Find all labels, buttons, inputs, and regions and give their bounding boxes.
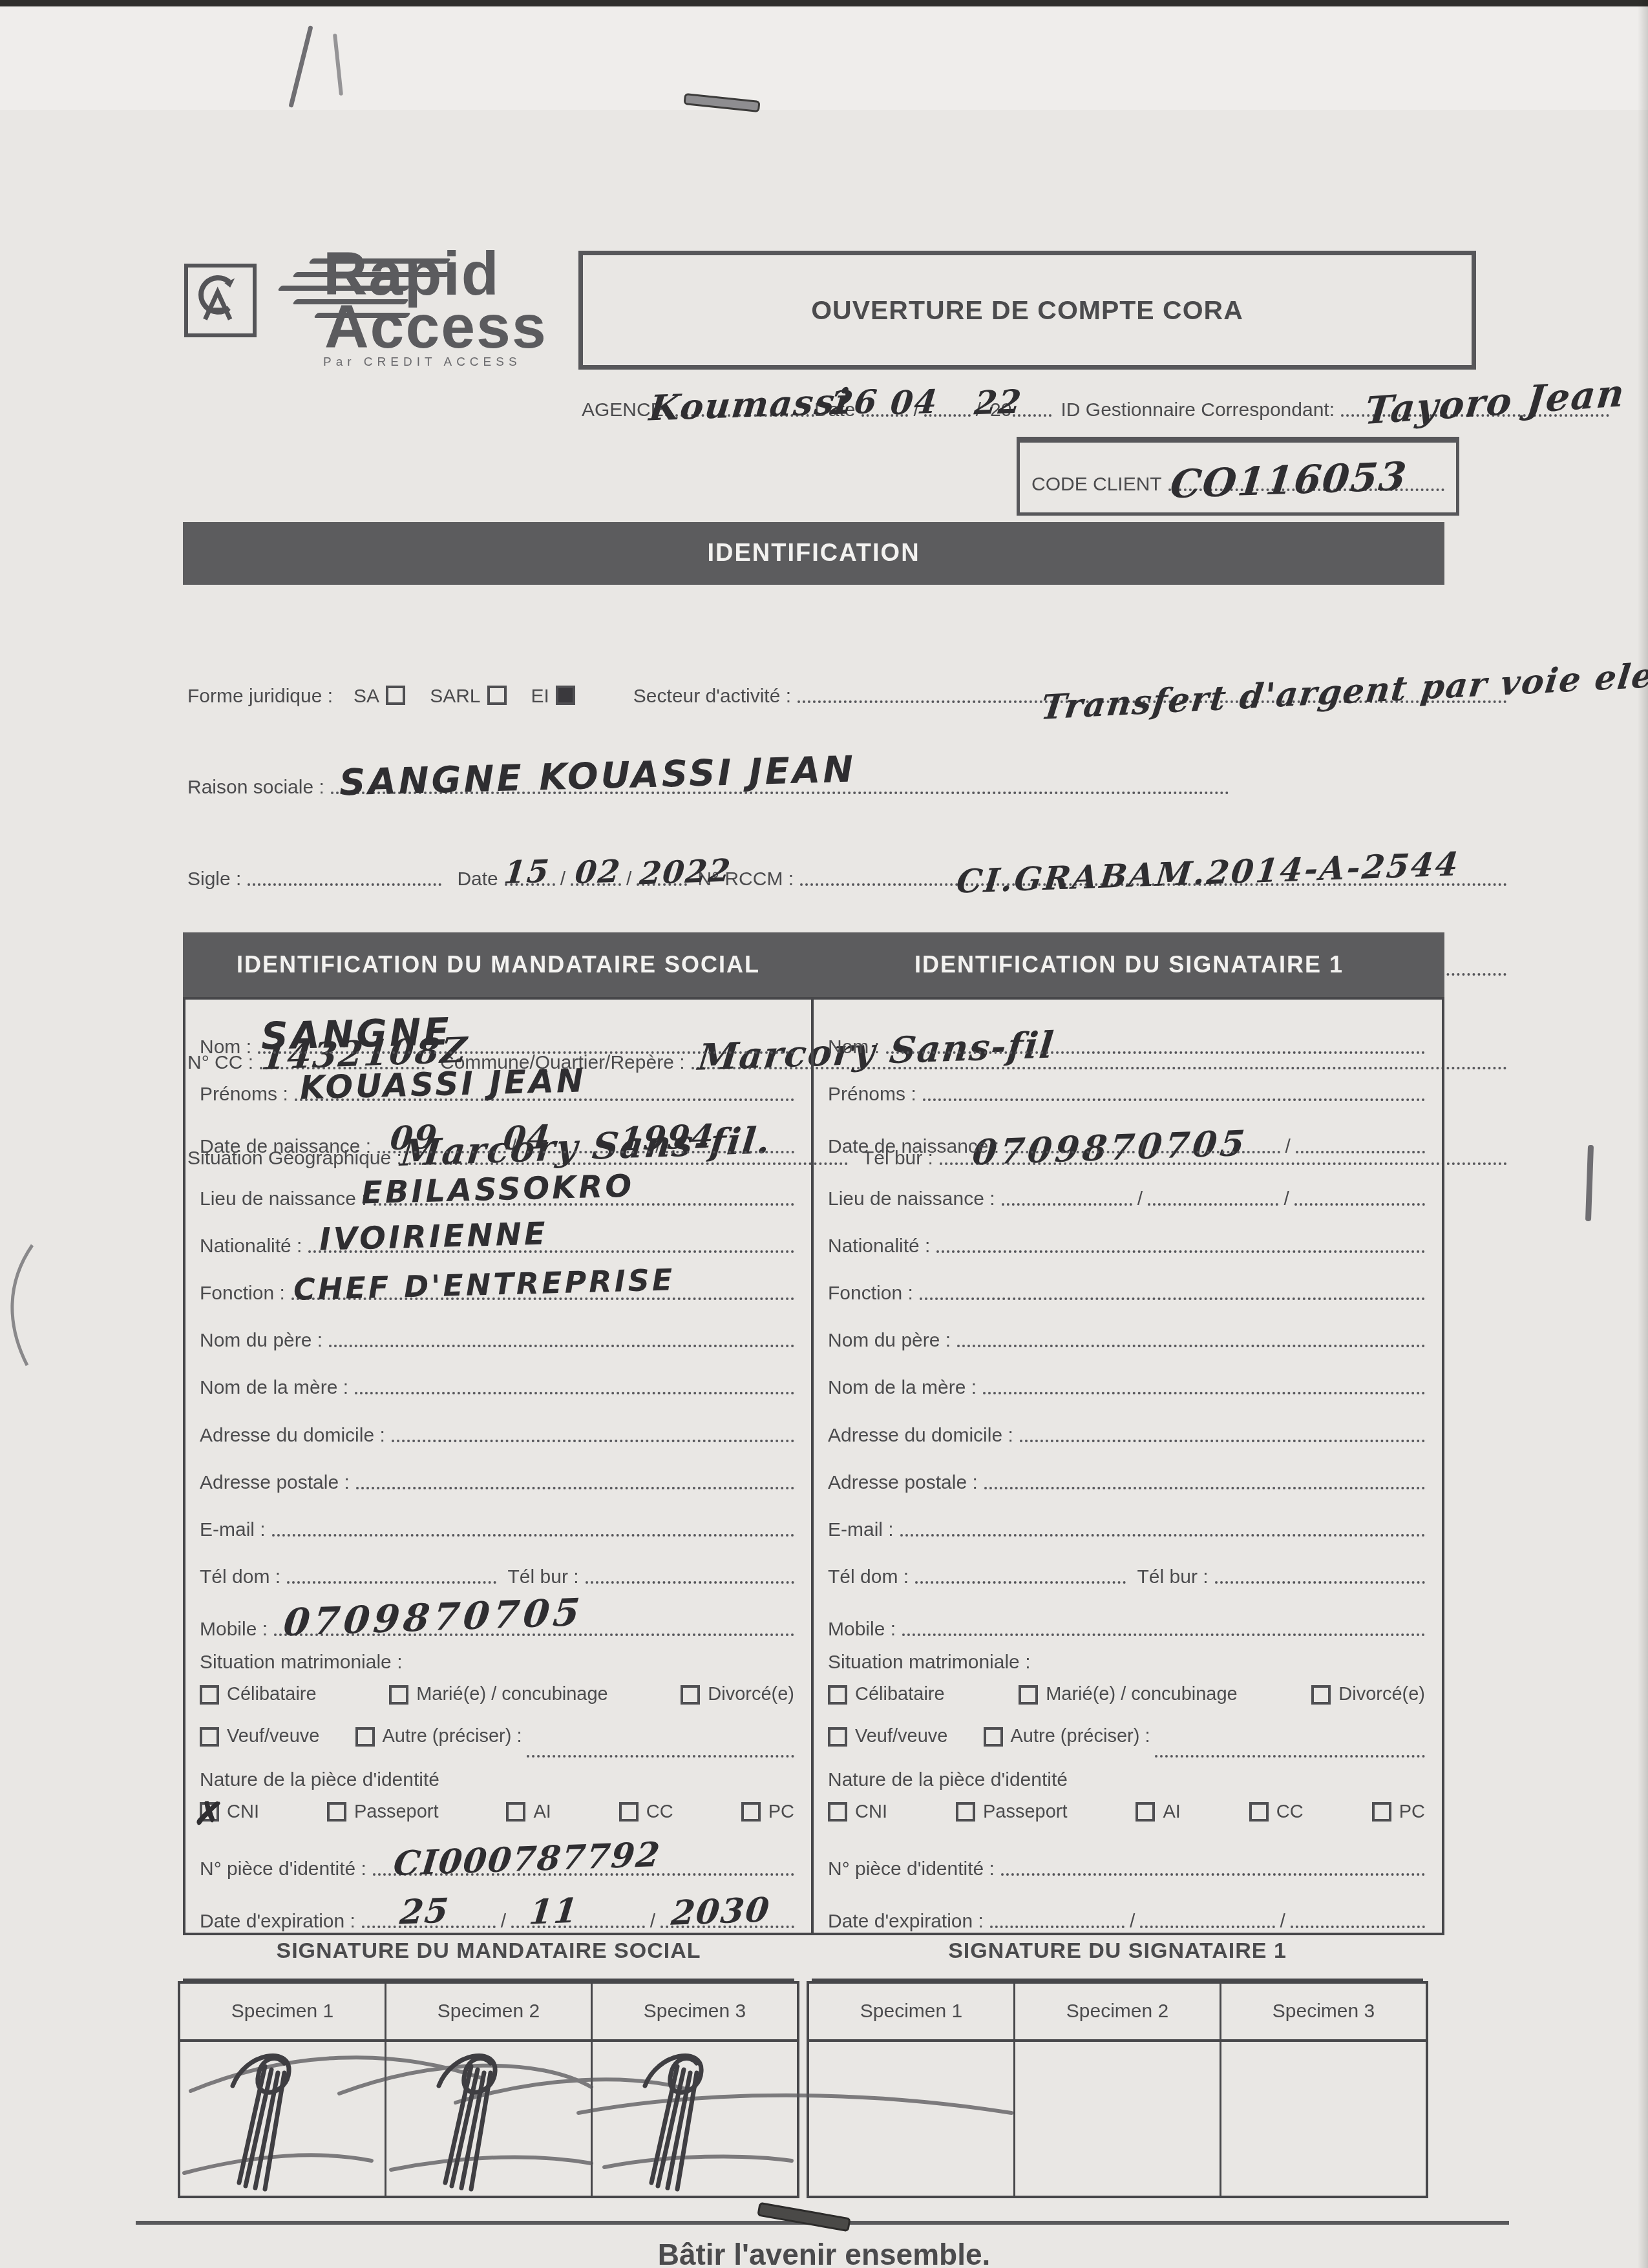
sigle-date-rccm-row: Sigle : Date / / N° RCCM : 15 02 2022 CI… bbox=[187, 849, 1507, 890]
form-title-box: OUVERTURE DE COMPTE CORA bbox=[578, 251, 1476, 370]
slash: / bbox=[971, 399, 986, 421]
dotted-line bbox=[861, 414, 908, 417]
dotted-line bbox=[1001, 1873, 1425, 1876]
dotted-line bbox=[586, 1581, 794, 1584]
checkbox-ai bbox=[1136, 1802, 1155, 1822]
marie-label: Marié(e) / concubinage bbox=[408, 1684, 608, 1705]
slash: / bbox=[1132, 1188, 1148, 1210]
dotted-line bbox=[1013, 414, 1051, 417]
checkbox-ai bbox=[506, 1802, 525, 1822]
dotted-line bbox=[374, 1203, 794, 1206]
checkbox-pc bbox=[741, 1802, 761, 1822]
prenoms-label: Prénoms : bbox=[828, 1084, 923, 1106]
checkbox-cc bbox=[1249, 1802, 1269, 1822]
dotted-line bbox=[675, 414, 814, 417]
veuf-label: Veuf/veuve bbox=[847, 1726, 948, 1747]
row-mobile: Mobile : bbox=[828, 1588, 1425, 1641]
mandataire-column-title: IDENTIFICATION DU MANDATAIRE SOCIAL bbox=[183, 951, 814, 978]
passeport-label: Passeport bbox=[975, 1801, 1068, 1823]
checkbox-celibataire bbox=[828, 1685, 847, 1705]
forme-juridique-label: Forme juridique : bbox=[187, 686, 339, 708]
dotted-line bbox=[373, 1873, 794, 1876]
specimen-3-header: Specimen 3 bbox=[593, 1984, 797, 2039]
nationalite-label: Nationalité : bbox=[828, 1235, 936, 1257]
rccm-label: N° RCCM : bbox=[687, 868, 800, 890]
row-prenoms: Prénoms : bbox=[828, 1058, 1425, 1106]
email-label: E-mail : bbox=[828, 1519, 900, 1541]
row-nom-pere: Nom du père : bbox=[828, 1305, 1425, 1352]
dotted-line bbox=[983, 1392, 1425, 1394]
identification-table: Nom : SANGNE Prénoms : KOUASSI JEAN Date… bbox=[183, 997, 1444, 1935]
dotted-line bbox=[920, 1297, 1425, 1300]
dotted-line bbox=[924, 414, 971, 417]
cc-label: CC bbox=[639, 1801, 673, 1823]
dotted-line bbox=[511, 1926, 645, 1928]
pc-label: PC bbox=[761, 1801, 794, 1823]
ca-monogram-icon bbox=[188, 268, 245, 326]
teldom-label: Tél dom : bbox=[828, 1566, 915, 1588]
checkbox-veuf bbox=[200, 1727, 219, 1747]
handwritten-raison-sociale: SANGNE KOUASSI JEAN bbox=[339, 749, 856, 804]
nom-pere-label: Nom du père : bbox=[200, 1330, 329, 1352]
dotted-line bbox=[800, 883, 1507, 886]
dotted-line bbox=[798, 700, 1507, 703]
marie-label: Marié(e) / concubinage bbox=[1038, 1684, 1238, 1705]
row-situation-options-2: Veuf/veuve Autre (préciser) : bbox=[200, 1716, 794, 1758]
dotted-line bbox=[660, 1926, 794, 1928]
dotted-line bbox=[1215, 1581, 1425, 1584]
handwritten-code-client: CO116053 bbox=[1168, 454, 1410, 507]
nom-pere-label: Nom du père : bbox=[828, 1330, 957, 1352]
secteur-label: Secteur d'activité : bbox=[575, 686, 798, 708]
slash: / bbox=[496, 1911, 511, 1933]
specimen-header-row: Specimen 1 Specimen 2 Specimen 3 bbox=[809, 1984, 1426, 2042]
row-nationalite: Nationalité : IVOIRIENNE bbox=[200, 1210, 794, 1257]
sigle-label: Sigle : bbox=[187, 868, 248, 890]
checkbox-passeport bbox=[956, 1802, 975, 1822]
signature-signataire-title: SIGNATURE DU SIGNATAIRE 1 bbox=[807, 1938, 1428, 1964]
passeport-label: Passeport bbox=[346, 1801, 439, 1823]
teldom-label: Tél dom : bbox=[200, 1566, 287, 1588]
autre-label: Autre (préciser) : bbox=[1003, 1726, 1150, 1747]
handwritten-secteur: Transfert d'argent par voie electroniq bbox=[1039, 648, 1648, 728]
dotted-line bbox=[571, 883, 621, 886]
paper-top-band bbox=[0, 6, 1648, 110]
cni-label: CNI bbox=[847, 1801, 887, 1823]
specimen-3-cell bbox=[1221, 2042, 1426, 2198]
nationalite-label: Nationalité : bbox=[200, 1235, 308, 1257]
fonction-label: Fonction : bbox=[200, 1283, 291, 1305]
checkbox-sa bbox=[386, 686, 405, 705]
dotted-line bbox=[355, 1392, 794, 1394]
row-email: E-mail : bbox=[828, 1494, 1425, 1541]
slash: / bbox=[1135, 1136, 1150, 1158]
checkbox-autre bbox=[984, 1727, 1003, 1747]
specimen-2-header: Specimen 2 bbox=[386, 1984, 593, 2039]
paper-right-shadow bbox=[1638, 0, 1648, 2268]
slash: / bbox=[506, 1136, 522, 1158]
nature-piece-label: Nature de la pièce d'identité bbox=[200, 1769, 446, 1791]
row-lieu-naissance: Lieu de naissance : / / bbox=[828, 1158, 1425, 1210]
row-nom-mere: Nom de la mère : bbox=[200, 1352, 794, 1399]
slash: / bbox=[650, 1136, 666, 1158]
nom-label: Nom : bbox=[828, 1036, 886, 1058]
dotted-line bbox=[1006, 1151, 1135, 1153]
checkbox-ei bbox=[556, 686, 575, 705]
option-sa-label: SA bbox=[339, 686, 386, 708]
lieu-naissance-label: Lieu de naissance : bbox=[200, 1188, 374, 1210]
dotted-line bbox=[274, 1633, 794, 1636]
row-date-naissance: Date de naissance : / / bbox=[828, 1106, 1425, 1158]
ai-label: AI bbox=[525, 1801, 551, 1823]
raison-sociale-label: Raison sociale : bbox=[187, 777, 331, 799]
option-ei-label: EI bbox=[507, 686, 556, 708]
slash: / bbox=[555, 868, 571, 890]
signature-scribble-svg bbox=[178, 2041, 1083, 2198]
slash: / bbox=[1275, 1911, 1291, 1933]
dotted-line bbox=[1294, 1203, 1425, 1206]
nom-mere-label: Nom de la mère : bbox=[828, 1377, 983, 1399]
dotted-line bbox=[308, 1250, 794, 1253]
email-label: E-mail : bbox=[200, 1519, 272, 1541]
raison-sociale-row: Raison sociale : SANGNE KOUASSI JEAN bbox=[187, 757, 1507, 799]
dotted-line bbox=[331, 792, 1229, 794]
piece-identite-label: N° pièce d'identité : bbox=[200, 1858, 373, 1880]
checkbox-veuf bbox=[828, 1727, 847, 1747]
nom-mere-label: Nom de la mère : bbox=[200, 1377, 355, 1399]
checkbox-cc bbox=[619, 1802, 639, 1822]
situation-label: Situation matrimoniale : bbox=[200, 1652, 408, 1674]
dotted-line bbox=[990, 1926, 1125, 1928]
identification-section-bar: IDENTIFICATION bbox=[183, 522, 1444, 585]
dotted-line bbox=[900, 1534, 1425, 1537]
adresse-postale-label: Adresse postale : bbox=[200, 1472, 356, 1494]
agence-label: AGENCE: bbox=[582, 399, 675, 421]
dotted-line bbox=[637, 883, 687, 886]
checkbox-divorce bbox=[1311, 1685, 1331, 1705]
dotted-line bbox=[666, 1151, 794, 1153]
specimen-3-header: Specimen 3 bbox=[1221, 1984, 1426, 2039]
row-nationalite: Nationalité : bbox=[828, 1210, 1425, 1257]
row-situation-options-1: Célibataire Marié(e) / concubinage Divor… bbox=[828, 1674, 1425, 1716]
row-piece-identite: N° pièce d'identité : CI000787792 bbox=[200, 1833, 794, 1880]
telbur-label: Tél bur : bbox=[1126, 1566, 1215, 1588]
dotted-line bbox=[1140, 1926, 1274, 1928]
checkbox-sarl bbox=[487, 686, 507, 705]
divorce-label: Divorcé(e) bbox=[700, 1684, 794, 1705]
specimen-1-header: Specimen 1 bbox=[180, 1984, 386, 2039]
dotted-line bbox=[1168, 488, 1444, 491]
dotted-line bbox=[291, 1297, 794, 1300]
row-date-expiration: Date d'expiration : / / 25 11 2030 bbox=[200, 1880, 794, 1933]
row-nom: Nom : SANGNE bbox=[200, 1011, 794, 1058]
pc-label: PC bbox=[1391, 1801, 1425, 1823]
row-adresse-postale: Adresse postale : bbox=[200, 1447, 794, 1494]
dotted-line bbox=[1151, 1151, 1280, 1153]
specimen-2-header: Specimen 2 bbox=[1015, 1984, 1221, 2039]
dotted-line bbox=[522, 1151, 650, 1153]
row-situation-options-2: Veuf/veuve Autre (préciser) : bbox=[828, 1716, 1425, 1758]
row-telephones: Tél dom : Tél bur : bbox=[828, 1541, 1425, 1588]
row-situation-label: Situation matrimoniale : bbox=[828, 1641, 1425, 1674]
ai-label: AI bbox=[1155, 1801, 1180, 1823]
checkbox-divorce bbox=[681, 1685, 700, 1705]
veuf-label: Veuf/veuve bbox=[219, 1726, 320, 1747]
slash: / bbox=[621, 868, 637, 890]
code-client-label: CODE CLIENT bbox=[1031, 474, 1168, 496]
row-fonction: Fonction : bbox=[828, 1257, 1425, 1305]
row-prenoms: Prénoms : KOUASSI JEAN bbox=[200, 1058, 794, 1106]
row-adresse-postale: Adresse postale : bbox=[828, 1447, 1425, 1494]
row-nature-label: Nature de la pièce d'identité bbox=[200, 1758, 794, 1790]
dotted-line bbox=[505, 883, 555, 886]
nature-piece-label: Nature de la pièce d'identité bbox=[828, 1769, 1074, 1791]
signataire-column: Nom : Prénoms : Date de naissance : / / … bbox=[814, 1000, 1442, 1933]
row-piece-identite: N° pièce d'identité : bbox=[828, 1833, 1425, 1880]
lieu-naissance-label: Lieu de naissance : bbox=[828, 1188, 1002, 1210]
dotted-line bbox=[1341, 414, 1609, 417]
celibataire-label: Célibataire bbox=[219, 1684, 317, 1705]
handwritten-mobile: 0709870705 bbox=[282, 1590, 586, 1644]
adresse-domicile-label: Adresse du domicile : bbox=[200, 1425, 392, 1447]
dotted-line bbox=[1296, 1151, 1425, 1153]
gestionnaire-label: ID Gestionnaire Correspondant: bbox=[1051, 399, 1341, 421]
scan-top-edge bbox=[0, 0, 1648, 6]
row-adresse-domicile: Adresse du domicile : bbox=[200, 1399, 794, 1446]
slash: / bbox=[1125, 1911, 1140, 1933]
handwritten-rccm: CI.GRABAM.2014-A-2544 bbox=[955, 845, 1462, 900]
rapid-access-logo-icon bbox=[184, 264, 257, 337]
dotted-line bbox=[984, 1487, 1425, 1489]
checkbox-cni bbox=[200, 1802, 219, 1822]
checkbox-passeport bbox=[327, 1802, 346, 1822]
option-sarl-label: SARL bbox=[405, 686, 487, 708]
signataire-column-title: IDENTIFICATION DU SIGNATAIRE 1 bbox=[814, 951, 1444, 978]
dotted-line bbox=[936, 1250, 1425, 1253]
row-nom: Nom : bbox=[828, 1011, 1425, 1058]
year-prefix: 20 bbox=[986, 399, 1013, 421]
row-nature-options: CNI Passeport AI CC PC bbox=[828, 1791, 1425, 1833]
dotted-line bbox=[923, 1098, 1425, 1101]
adresse-domicile-label: Adresse du domicile : bbox=[828, 1425, 1020, 1447]
dotted-line bbox=[902, 1633, 1425, 1636]
handwritten-piece-identite: CI000787792 bbox=[392, 1835, 663, 1884]
telbur-label: Tél bur : bbox=[496, 1566, 586, 1588]
staple-icon bbox=[757, 2202, 851, 2232]
mobile-label: Mobile : bbox=[828, 1619, 902, 1641]
dotted-line bbox=[295, 1098, 794, 1101]
dotted-line bbox=[377, 1151, 506, 1153]
dotted-line bbox=[957, 1345, 1425, 1347]
paper-crease-curve bbox=[1, 1244, 47, 1367]
checkbox-cni bbox=[828, 1802, 847, 1822]
handwritten-gestionnaire: Tayoro Jean bbox=[1363, 371, 1627, 434]
dotted-line bbox=[1002, 1203, 1132, 1206]
mobile-label: Mobile : bbox=[200, 1619, 274, 1641]
dotted-line bbox=[392, 1440, 794, 1442]
code-client-box: CODE CLIENT CO116053 bbox=[1017, 437, 1459, 516]
row-date-naissance: Date de naissance : / / 09 04 1994 bbox=[200, 1106, 794, 1158]
row-lieu-naissance: Lieu de naissance : EBILASSOKRO bbox=[200, 1158, 794, 1210]
checkbox-autre bbox=[355, 1727, 375, 1747]
dotted-line bbox=[915, 1581, 1125, 1584]
dotted-line bbox=[1020, 1440, 1425, 1442]
dotted-line bbox=[1148, 1203, 1278, 1206]
dotted-line bbox=[886, 1051, 1425, 1054]
date-label: Date bbox=[441, 868, 504, 890]
dotted-line bbox=[356, 1487, 794, 1489]
row-fonction: Fonction : CHEF D'ENTREPRISE bbox=[200, 1257, 794, 1305]
cni-label: CNI bbox=[219, 1801, 259, 1823]
margin-pen-mark bbox=[1585, 1145, 1594, 1221]
dotted-line bbox=[272, 1534, 794, 1537]
row-nature-label: Nature de la pièce d'identité bbox=[828, 1758, 1425, 1790]
date-expiration-label: Date d'expiration : bbox=[828, 1911, 990, 1933]
handwritten-fonction: CHEF D'ENTREPRISE bbox=[293, 1263, 675, 1307]
identification-section-title: IDENTIFICATION bbox=[707, 540, 920, 567]
date-expiration-label: Date d'expiration : bbox=[200, 1911, 362, 1933]
nom-label: Nom : bbox=[200, 1036, 258, 1058]
situation-label: Situation matrimoniale : bbox=[828, 1652, 1037, 1674]
dotted-line bbox=[362, 1926, 496, 1928]
autre-label: Autre (préciser) : bbox=[375, 1726, 522, 1747]
adresse-postale-label: Adresse postale : bbox=[828, 1472, 984, 1494]
dotted-line bbox=[258, 1051, 794, 1054]
dotted-line bbox=[248, 883, 441, 886]
checkbox-marie bbox=[389, 1685, 408, 1705]
row-date-expiration: Date d'expiration : / / bbox=[828, 1880, 1425, 1933]
divorce-label: Divorcé(e) bbox=[1331, 1684, 1425, 1705]
brand-name-bottom: Access bbox=[324, 292, 547, 362]
brand-subtext: Par CREDIT ACCESS bbox=[323, 355, 522, 370]
row-situation-options-1: Célibataire Marié(e) / concubinage Divor… bbox=[200, 1674, 794, 1716]
row-nom-pere: Nom du père : bbox=[200, 1305, 794, 1352]
row-email: E-mail : bbox=[200, 1494, 794, 1541]
specimen-header-row: Specimen 1 Specimen 2 Specimen 3 bbox=[180, 1984, 797, 2042]
piece-identite-label: N° pièce d'identité : bbox=[828, 1858, 1001, 1880]
mandataire-column: Nom : SANGNE Prénoms : KOUASSI JEAN Date… bbox=[185, 1000, 814, 1933]
date-naissance-label: Date de naissance : bbox=[200, 1136, 377, 1158]
row-telephones: Tél dom : Tél bur : bbox=[200, 1541, 794, 1588]
dotted-line bbox=[1291, 1926, 1425, 1928]
row-situation-label: Situation matrimoniale : bbox=[200, 1641, 794, 1674]
agence-row: AGENCE: Date / / 20 ID Gestionnaire Corr… bbox=[582, 385, 1609, 421]
date-naissance-label: Date de naissance : bbox=[828, 1136, 1006, 1158]
row-nom-mere: Nom de la mère : bbox=[828, 1352, 1425, 1399]
slash: / bbox=[908, 399, 924, 421]
dotted-line bbox=[287, 1581, 496, 1584]
specimen-1-header: Specimen 1 bbox=[809, 1984, 1015, 2039]
footer-tagline: Bâtir l'avenir ensemble. bbox=[0, 2237, 1648, 2268]
checkbox-marie bbox=[1019, 1685, 1038, 1705]
slash: / bbox=[645, 1911, 660, 1933]
prenoms-label: Prénoms : bbox=[200, 1084, 295, 1106]
row-mobile: Mobile : 0709870705 bbox=[200, 1588, 794, 1641]
row-nature-options: CNI ✗ Passeport AI CC PC bbox=[200, 1791, 794, 1833]
slash: / bbox=[1280, 1136, 1296, 1158]
date-label: Date bbox=[814, 399, 861, 421]
row-adresse-domicile: Adresse du domicile : bbox=[828, 1399, 1425, 1446]
checkbox-celibataire bbox=[200, 1685, 219, 1705]
columns-header-bar: IDENTIFICATION DU MANDATAIRE SOCIAL IDEN… bbox=[183, 932, 1444, 997]
dotted-line bbox=[329, 1345, 794, 1347]
celibataire-label: Célibataire bbox=[847, 1684, 945, 1705]
cc-label: CC bbox=[1269, 1801, 1304, 1823]
scanned-form-page: Rapid Access Par CREDIT ACCESS OUVERTURE… bbox=[0, 0, 1648, 2268]
signature-mandataire-title: SIGNATURE DU MANDATAIRE SOCIAL bbox=[178, 1938, 799, 1964]
form-title: OUVERTURE DE COMPTE CORA bbox=[811, 295, 1243, 326]
slash: / bbox=[1278, 1188, 1294, 1210]
checkbox-pc bbox=[1372, 1802, 1391, 1822]
forme-juridique-row: Forme juridique : SA SARL EI Secteur d'a… bbox=[187, 666, 1507, 708]
fonction-label: Fonction : bbox=[828, 1283, 920, 1305]
